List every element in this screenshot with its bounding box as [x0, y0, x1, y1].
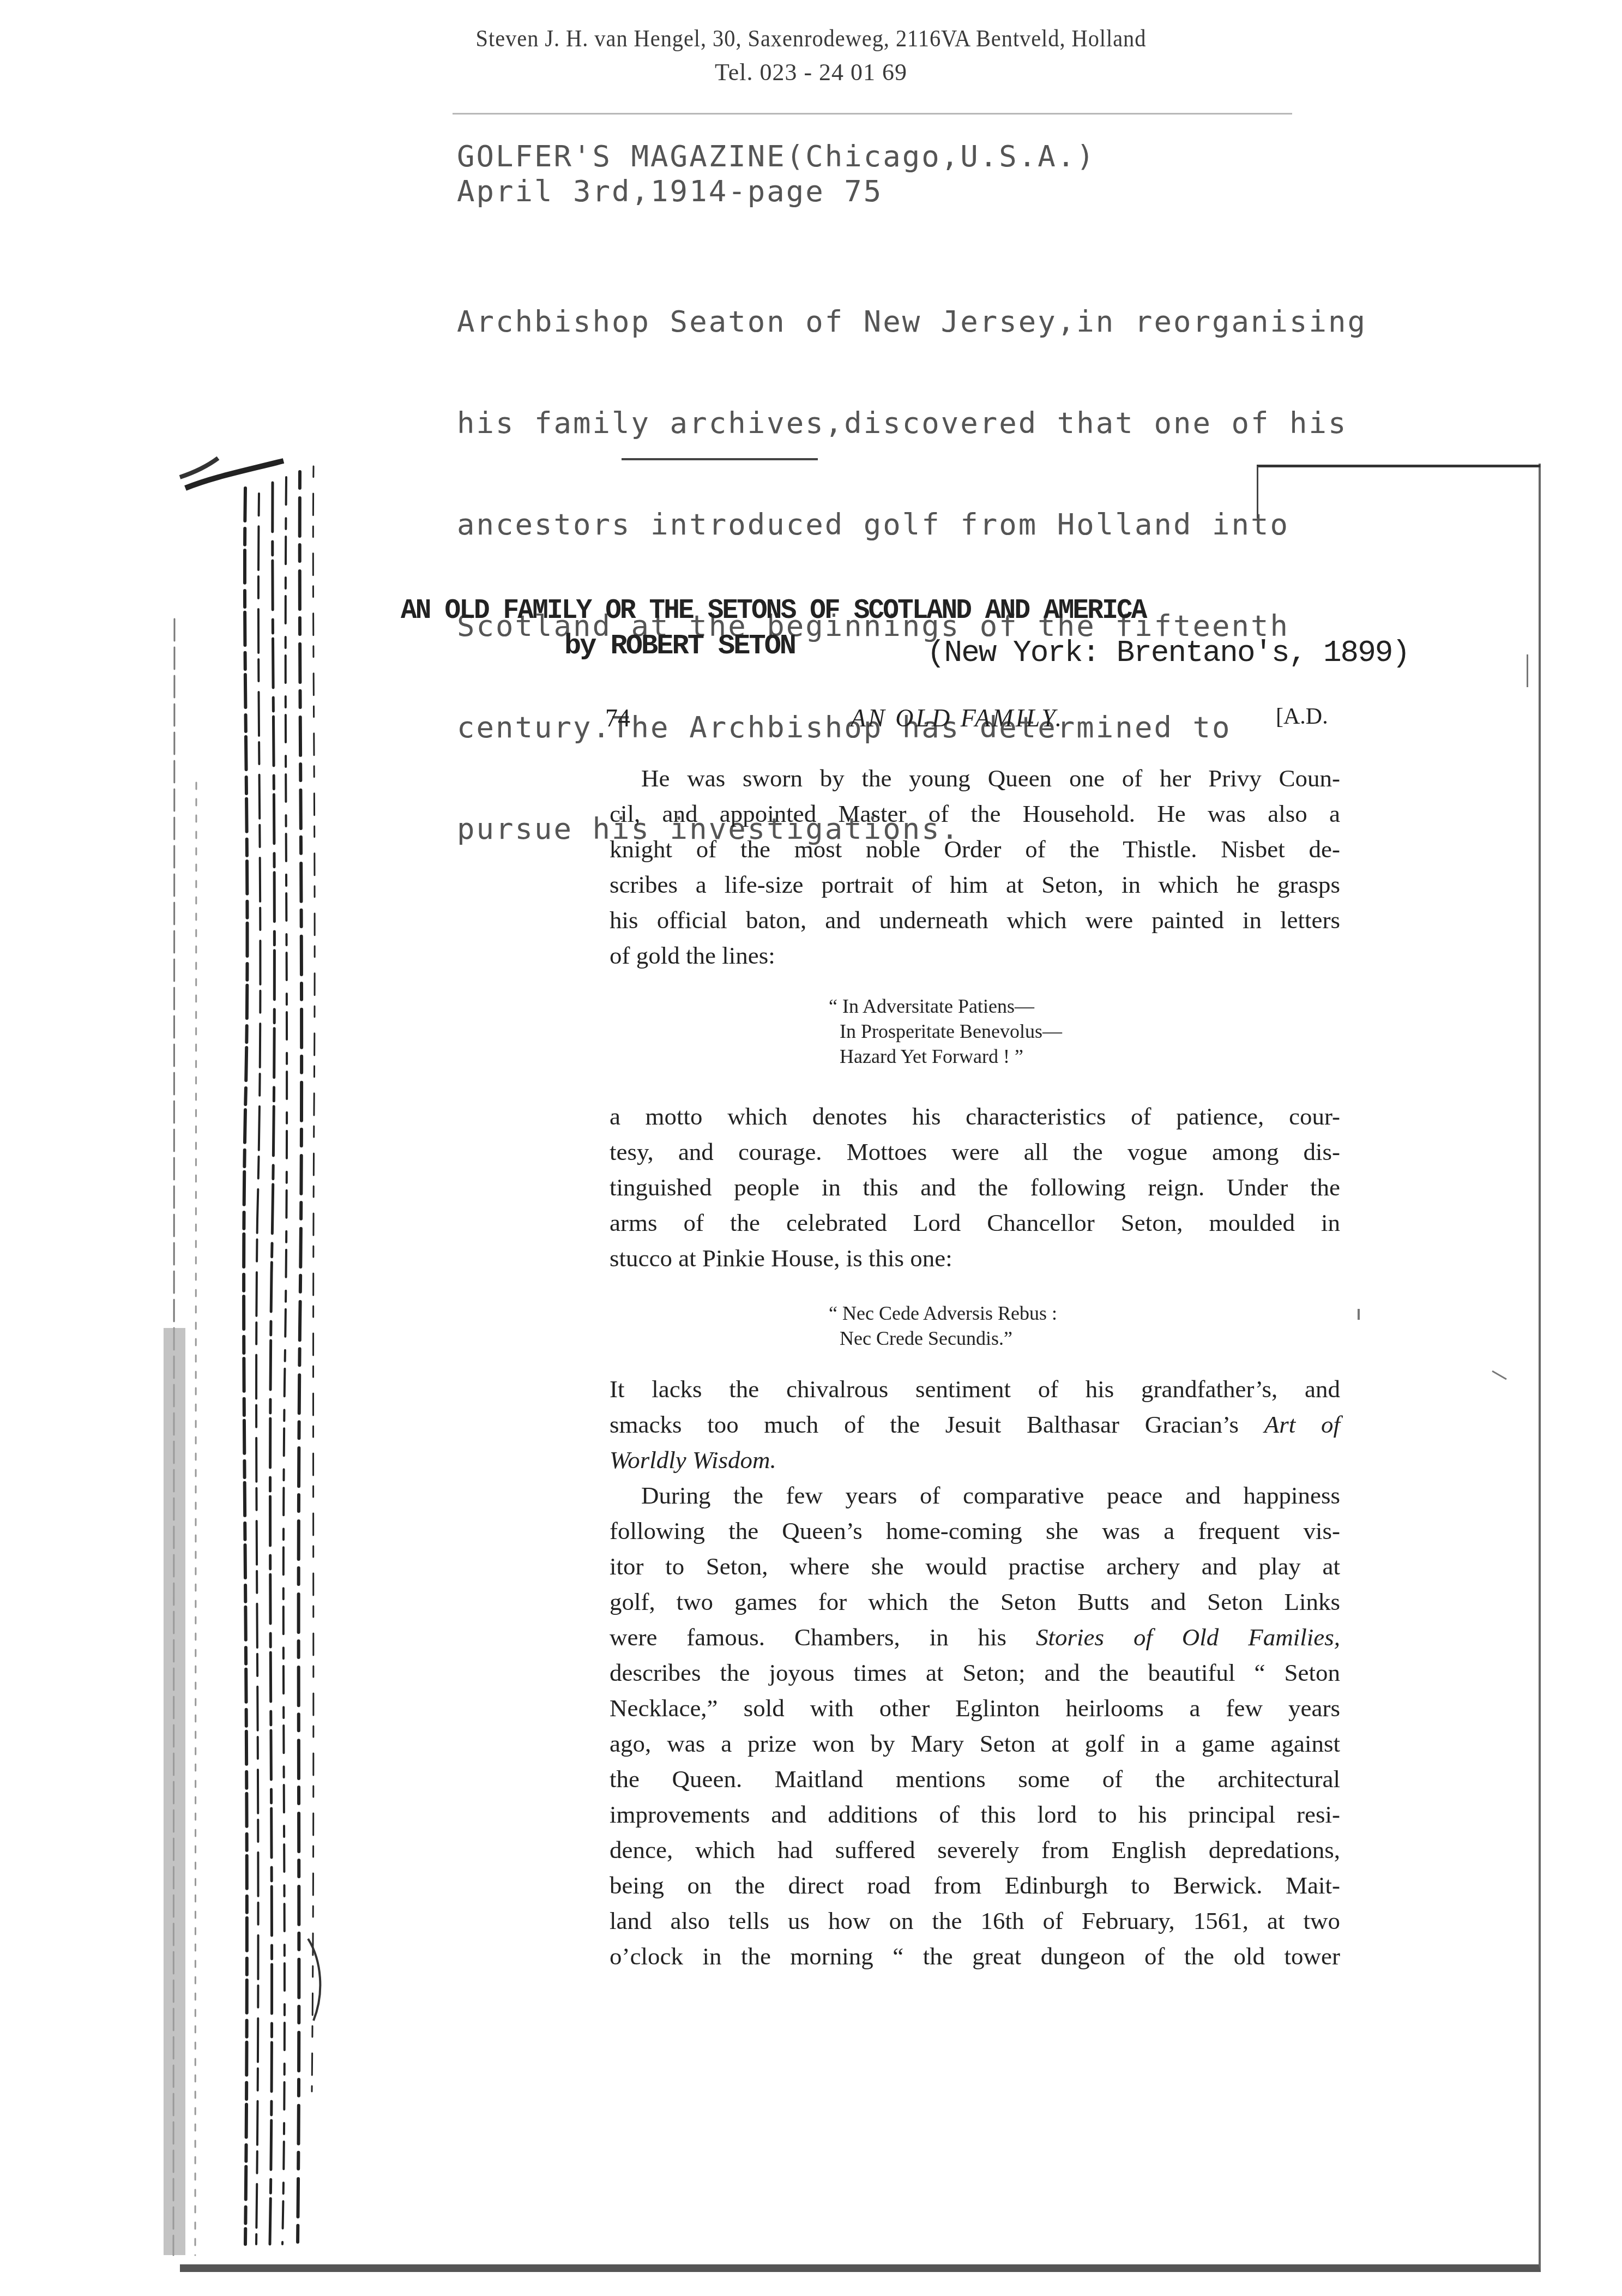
- text-fragment: smacks too much of the Jesuit Balthasar …: [610, 1411, 1264, 1438]
- text-line: tesy, and courage. Mottoes were all the …: [610, 1134, 1340, 1170]
- book-title-italic: Art of: [1264, 1411, 1340, 1438]
- text-line: ago, was a prize won by Mary Seton at go…: [610, 1726, 1340, 1762]
- text-line: Necklace,” sold with other Eglinton heir…: [610, 1691, 1340, 1726]
- text-line: o’clock in the morning “ the great dunge…: [610, 1939, 1340, 1974]
- book-spine-image: [164, 455, 327, 2266]
- page-edge-mark: [1257, 466, 1258, 518]
- text-line: dence, which had suffered severely from …: [610, 1832, 1340, 1868]
- book-title-italic: Stories of Old Families,: [1036, 1624, 1340, 1651]
- text-line: describes the joyous times at Seton; and…: [610, 1655, 1340, 1691]
- text-line: being on the direct road from Edinburgh …: [610, 1868, 1340, 1903]
- text-line: land also tells us how on the 16th of Fe…: [610, 1903, 1340, 1939]
- verse-line: Hazard Yet Forward ! ”: [829, 1044, 1062, 1069]
- text-line: his official baton, and underneath which…: [610, 903, 1340, 938]
- letterhead-divider: [453, 113, 1292, 115]
- text-line: golf, two games for which the Seton Butt…: [610, 1584, 1340, 1620]
- book-reference-publisher: (New York: Brentano's, 1899): [927, 635, 1409, 670]
- text-line: were famous. Chambers, in his Stories of…: [610, 1620, 1340, 1655]
- text-line: a motto which denotes his characteristic…: [610, 1099, 1340, 1134]
- book-title-italic: Worldly Wisdom.: [610, 1442, 1340, 1478]
- scan-speck: [1358, 1309, 1360, 1320]
- text-line: arms of the celebrated Lord Chancellor S…: [610, 1205, 1340, 1241]
- book-page-frame: [180, 464, 1541, 2272]
- clipping-line: Archbishop Seaton of New Jersey,in reorg…: [457, 305, 1367, 339]
- text-line: following the Queen’s home-coming she wa…: [610, 1513, 1340, 1549]
- clipping-source-date: April 3rd,1914-page 75: [457, 174, 1096, 209]
- page-edge-line: [1257, 465, 1540, 467]
- text-line: smacks too much of the Jesuit Balthasar …: [610, 1407, 1340, 1442]
- book-reference-author: by ROBERT SETON: [564, 630, 795, 662]
- text-line: tinguished people in this and the follow…: [610, 1170, 1340, 1205]
- book-reference-title: AN OLD FAMILY OR THE SETONS OF SCOTLAND …: [401, 594, 1146, 627]
- verse-line: “ Nec Cede Adversis Rebus :: [829, 1301, 1057, 1326]
- scan-speck: [1527, 654, 1528, 687]
- letterhead: Steven J. H. van Hengel, 30, Saxenrodewe…: [0, 22, 1622, 89]
- text-line: knight of the most noble Order of the Th…: [610, 832, 1340, 867]
- running-era: [A.D.: [1276, 704, 1328, 730]
- text-line: scribes a life-size portrait of him at S…: [610, 867, 1340, 903]
- text-fragment: were famous. Chambers, in his: [610, 1624, 1036, 1651]
- text-line: of gold the lines:: [610, 938, 1340, 973]
- verse-line: “ In Adversitate Patiens—: [829, 994, 1062, 1019]
- motto-verse-2: “ Nec Cede Adversis Rebus : Nec Crede Se…: [829, 1301, 1057, 1351]
- clipping-line: his family archives,discovered that one …: [457, 406, 1367, 440]
- motto-verse-1: “ In Adversitate Patiens— In Prosperitat…: [829, 994, 1062, 1069]
- paragraph-4: During the few years of comparative peac…: [610, 1478, 1340, 1974]
- letterhead-address: Steven J. H. van Hengel, 30, Saxenrodewe…: [65, 22, 1557, 56]
- text-line: itor to Seton, where she would practise …: [610, 1549, 1340, 1584]
- clipping-source-title: GOLFER'S MAGAZINE(Chicago,U.S.A.): [457, 139, 1096, 174]
- paragraph-2: a motto which denotes his characteristic…: [610, 1099, 1340, 1276]
- running-title: AN OLD FAMILY.: [851, 704, 1064, 732]
- clipping-source: GOLFER'S MAGAZINE(Chicago,U.S.A.) April …: [457, 139, 1096, 209]
- text-line: During the few years of comparative peac…: [610, 1478, 1340, 1513]
- paragraph-3: It lacks the chivalrous sentiment of his…: [610, 1372, 1340, 1478]
- text-line: It lacks the chivalrous sentiment of his…: [610, 1372, 1340, 1407]
- text-line: cil, and appointed Master of the Househo…: [610, 796, 1340, 832]
- letterhead-phone: Tel. 023 - 24 01 69: [0, 56, 1622, 89]
- verse-line: In Prosperitate Benevolus—: [829, 1019, 1062, 1044]
- text-line: He was sworn by the young Queen one of h…: [610, 761, 1340, 796]
- page-edge-line: [622, 458, 818, 460]
- text-line: the Queen. Maitland mentions some of the…: [610, 1762, 1340, 1797]
- page-number: 74: [605, 704, 630, 732]
- text-line: improvements and additions of this lord …: [610, 1797, 1340, 1832]
- text-line: stucco at Pinkie House, is this one:: [610, 1241, 1340, 1276]
- verse-line: Nec Crede Secundis.”: [829, 1326, 1057, 1351]
- paragraph-1: He was sworn by the young Queen one of h…: [610, 761, 1340, 973]
